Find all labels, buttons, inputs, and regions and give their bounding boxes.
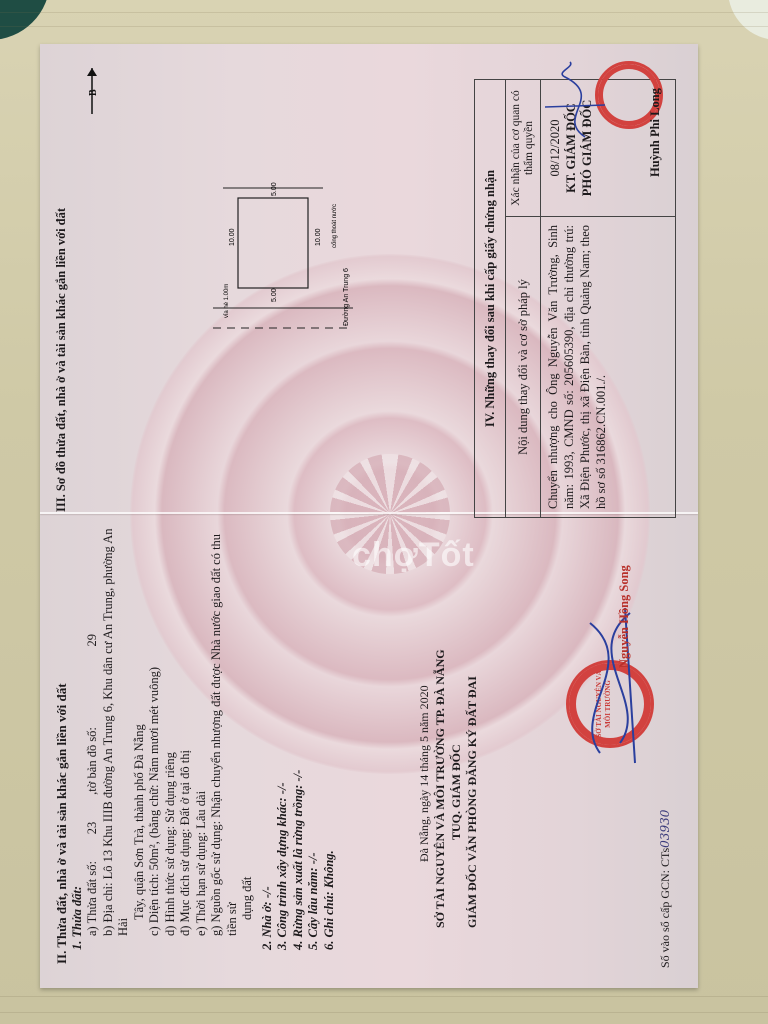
usage-origin-cont: dụng đất <box>240 524 256 964</box>
svg-text:5.00: 5.00 <box>271 288 278 302</box>
changes-column: Nội dung thay đổi và cơ sở pháp lý Chuyể… <box>506 216 675 517</box>
section-2-heading: II. Thửa đất, nhà ở và tài sản khác gắn … <box>54 524 70 964</box>
signer-name: Nguyễn Hồng Song <box>617 565 632 668</box>
north-arrow-icon: B <box>84 66 100 116</box>
dark-corner <box>0 0 50 40</box>
signature-icon <box>535 57 615 147</box>
svg-text:Đường An Trung 6: Đường An Trung 6 <box>343 268 350 326</box>
item-forest: 4. Rừng sản xuất là rừng trồng: -/- <box>291 524 307 964</box>
usage-form: d) Hình thức sử dụng: Sử dụng riêng <box>163 524 179 964</box>
tuq-title: TUQ. GIÁM ĐỐC <box>448 488 464 928</box>
rotated-content: II. Thửa đất, nhà ở và tài sản khác gắn … <box>40 44 698 988</box>
issuing-org: SỞ TÀI NGUYÊN VÀ MÔI TRƯỜNG TP. ĐÀ NẴNG <box>432 488 448 928</box>
section-3-heading: III. Sơ đồ thửa đất, nhà ở và tài sản kh… <box>54 208 69 512</box>
section-2: II. Thửa đất, nhà ở và tài sản khác gắn … <box>54 524 337 964</box>
changes-content: Chuyển nhượng cho Ông Nguyễn Văn Trường,… <box>541 217 613 517</box>
section-4-table: IV. Những thay đổi sau khi cấp giấy chứn… <box>474 79 676 518</box>
usage-origin: g) Nguồn gốc sử dụng: Nhận chuyển nhượng… <box>209 524 240 964</box>
address: b) Địa chỉ: Lô 13 Khu IIIB đường An Trun… <box>101 524 132 964</box>
parcel-diagram: 10.00 10.00 5.00 5.00 Đường An Trung 6 v… <box>208 178 358 348</box>
usage-term: e) Thời hạn sử dụng: Lâu dài <box>194 524 210 964</box>
area: c) Diện tích: 50m², (bằng chữ: Năm mươi … <box>147 524 163 964</box>
svg-text:cống thoát nước: cống thoát nước <box>332 204 338 248</box>
svg-text:vỉa hè 1.00m: vỉa hè 1.00m <box>223 284 230 318</box>
subsection-land: 1. Thửa đất: <box>70 524 86 964</box>
item-note: 6. Ghi chú: Không. <box>322 524 338 964</box>
parcel-number: 23 <box>85 798 101 858</box>
svg-text:5.00: 5.00 <box>271 182 278 196</box>
section-4-heading: IV. Những thay đổi sau khi cấp giấy chứn… <box>475 80 506 517</box>
usage-purpose: đ) Mục đích sử dụng: Đất ở tại đô thị <box>178 524 194 964</box>
item-house: 2. Nhà ở: -/- <box>260 524 276 964</box>
land-certificate-page: chợTốt II. Thửa đất, nhà ở và tài sản kh… <box>40 44 698 988</box>
issue-date: Đà Nẵng, ngày 14 tháng 5 năm 2020 <box>416 488 432 928</box>
svg-text:10.00: 10.00 <box>315 228 322 246</box>
item-construction: 3. Công trình xây dựng khác: -/- <box>275 524 291 964</box>
svg-text:B: B <box>88 89 99 96</box>
signature-icon <box>560 603 660 773</box>
confirmation-signer: Huỳnh Phi Long <box>647 88 663 177</box>
item-perennial: 5. Cây lâu năm: -/- <box>306 524 322 964</box>
signature-block: Đà Nẵng, ngày 14 tháng 5 năm 2020 SỞ TÀI… <box>416 488 480 928</box>
address-cont: Tây, quận Sơn Trà, thành phố Đà Nẵng <box>132 524 148 964</box>
light-corner <box>728 0 768 40</box>
svg-text:10.00: 10.00 <box>229 228 236 246</box>
registry-number: Số vào sổ cấp GCN: CTs03930 <box>658 810 673 968</box>
map-sheet-number: 29 <box>85 634 101 724</box>
office-title: GIÁM ĐỐC VĂN PHÒNG ĐĂNG KÝ ĐẤT ĐAI <box>464 488 480 928</box>
changes-header: Nội dung thay đổi và cơ sở pháp lý <box>506 217 541 517</box>
parcel-number-row: a) Thửa đất số: 23 ,tờ bản đồ số: 29 <box>85 524 101 964</box>
